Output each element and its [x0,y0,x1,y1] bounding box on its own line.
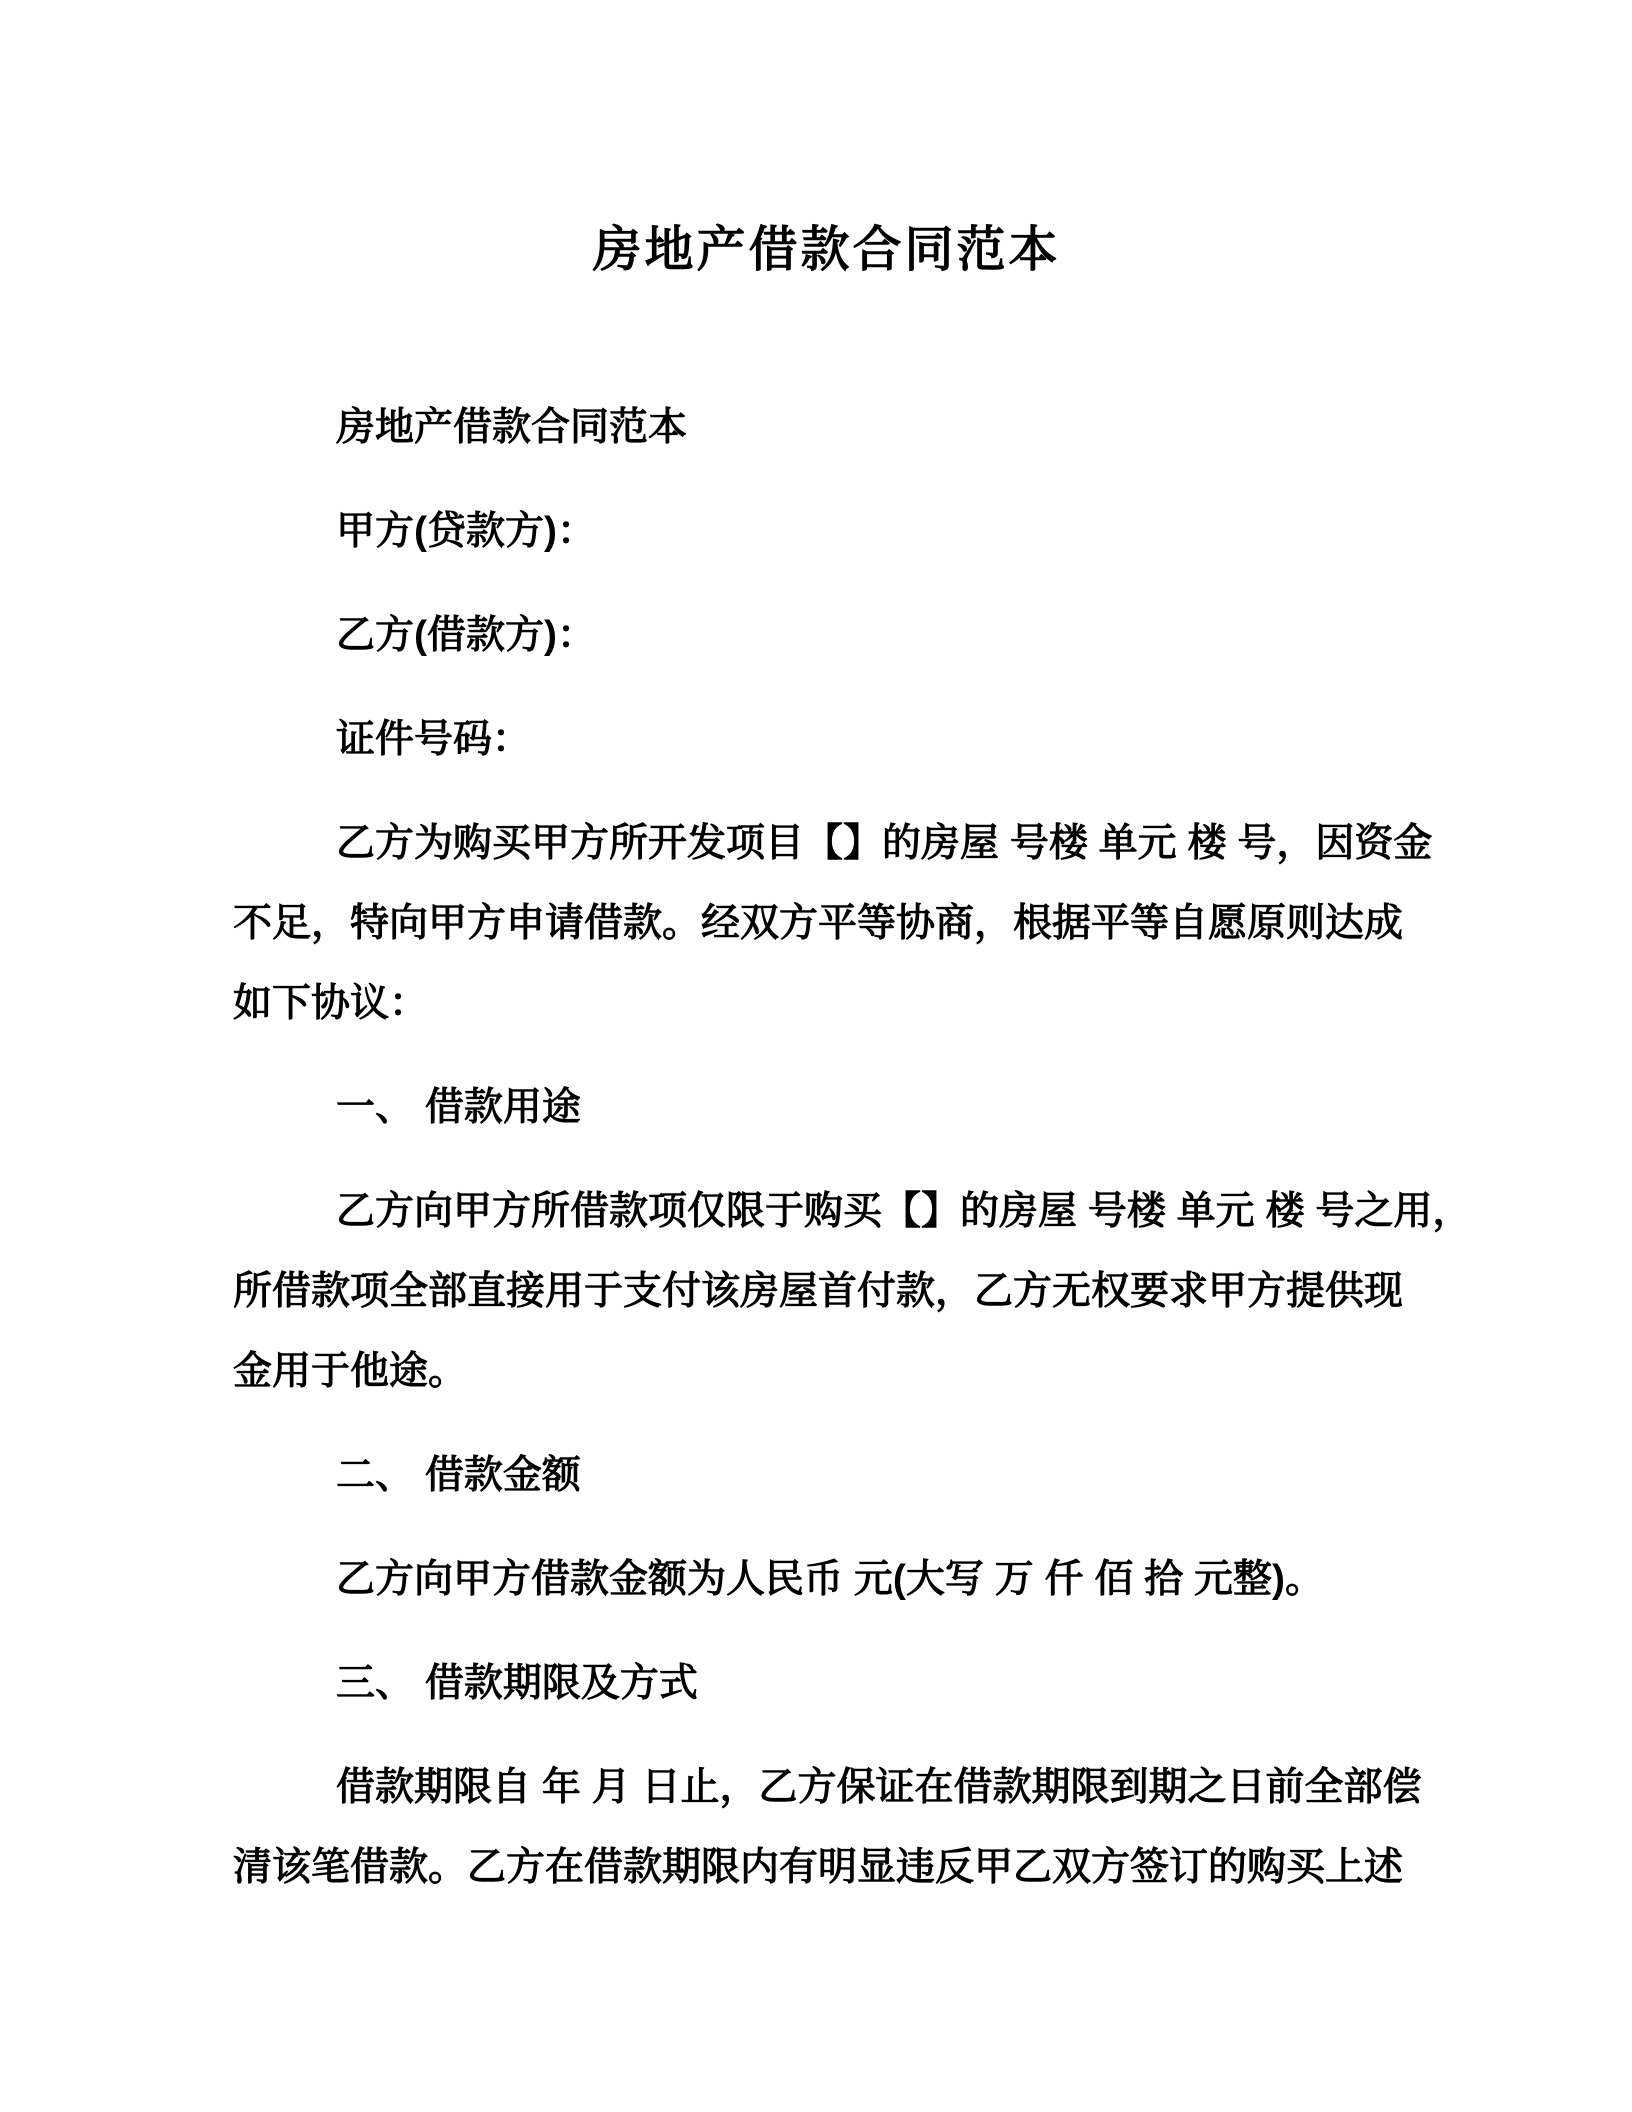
document-page: 房地产借款合同范本 房地产借款合同范本 甲方(贷款方)： 乙方(借款方)： 证件… [0,0,1632,2112]
paragraph-party-a: 甲方(贷款方)： [233,492,1420,572]
paragraph-id-number: 证件号码： [233,700,1420,780]
paragraph-party-b: 乙方(借款方)： [233,596,1420,676]
text-line: 乙方(借款方)： [233,596,1420,676]
heading-section-2: 二、 借款金额 [233,1436,1420,1516]
paragraph-loan-term: 借款期限自 年 月 日止，乙方保证在借款期限到期之日前全部偿 清该笔借款。乙方在… [233,1748,1420,1908]
document-title: 房地产借款合同范本 [233,220,1420,280]
text-line: 乙方为购买甲方所开发项目【】的房屋 号楼 单元 楼 号，因资金 [233,804,1420,884]
paragraph-loan-amount: 乙方向甲方借款金额为人民币 元(大写 万 仟 佰 拾 元整)。 [233,1540,1420,1620]
heading-section-3: 三、 借款期限及方式 [233,1644,1420,1724]
heading-section-1: 一、 借款用途 [233,1068,1420,1148]
text-line: 如下协议： [233,964,1420,1044]
text-line: 证件号码： [233,700,1420,780]
paragraph-loan-purpose: 乙方向甲方所借款项仅限于购买【】的房屋 号楼 单元 楼 号之用， 所借款项全部直… [233,1172,1420,1412]
paragraph-doc-name: 房地产借款合同范本 [233,388,1420,468]
text-line: 所借款项全部直接用于支付该房屋首付款，乙方无权要求甲方提供现 [233,1252,1420,1332]
text-line: 房地产借款合同范本 [233,388,1420,468]
text-line: 三、 借款期限及方式 [233,1644,1420,1724]
paragraph-preamble: 乙方为购买甲方所开发项目【】的房屋 号楼 单元 楼 号，因资金 不足，特向甲方申… [233,804,1420,1044]
text-line: 金用于他途。 [233,1332,1420,1412]
contract-document: 房地产借款合同范本 房地产借款合同范本 甲方(贷款方)： 乙方(借款方)： 证件… [0,0,1632,1908]
text-line: 一、 借款用途 [233,1068,1420,1148]
text-line: 二、 借款金额 [233,1436,1420,1516]
text-line: 乙方向甲方借款金额为人民币 元(大写 万 仟 佰 拾 元整)。 [233,1540,1420,1620]
text-line: 甲方(贷款方)： [233,492,1420,572]
text-line: 清该笔借款。乙方在借款期限内有明显违反甲乙双方签订的购买上述 [233,1828,1420,1908]
text-line: 乙方向甲方所借款项仅限于购买【】的房屋 号楼 单元 楼 号之用， [233,1172,1420,1252]
text-line: 借款期限自 年 月 日止，乙方保证在借款期限到期之日前全部偿 [233,1748,1420,1828]
text-line: 不足，特向甲方申请借款。经双方平等协商，根据平等自愿原则达成 [233,884,1420,964]
